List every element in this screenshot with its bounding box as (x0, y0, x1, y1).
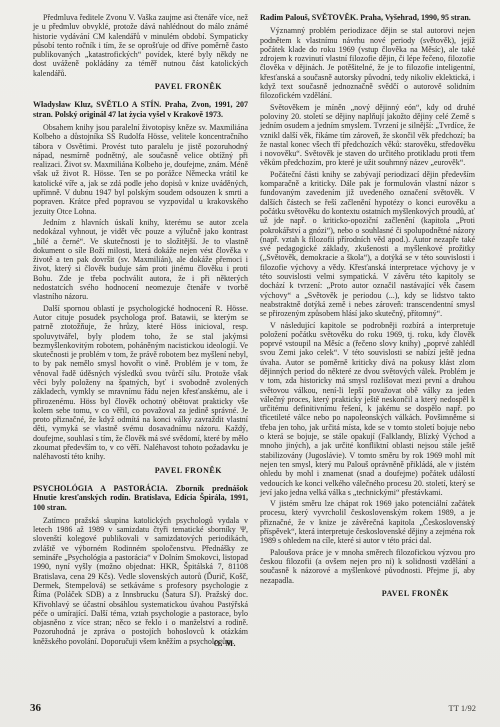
review-paragraph: Významný problém periodizace dějin se st… (260, 26, 475, 100)
review-intro-continuation: Předmluva ředitele Zvonu V. Vaška zaujme… (33, 13, 248, 91)
review-heading: Władysław Kluz, SVĚTLO A STÍN. Praha, Zv… (33, 100, 248, 119)
right-column: Radim Palouš, SVĚTOVĚK. Praha, Vyšehrad,… (260, 13, 475, 648)
review-paragraph: Předmluva ředitele Zvonu V. Vaška zaujme… (33, 13, 248, 78)
review-paragraph: Počáteční části knihy se zabývají period… (260, 170, 475, 319)
review-svetovek: Radim Palouš, SVĚTOVĚK. Praha, Vyšehrad,… (260, 13, 475, 598)
review-paragraph: Jedním z hlavních úskalí knihy, kterému … (33, 218, 248, 302)
left-column: Předmluva ředitele Zvonu V. Vaška zaujme… (33, 13, 248, 648)
review-paragraph: Zatímco pražská skupina katolických psyc… (33, 516, 248, 646)
page-number: 36 (30, 704, 41, 713)
review-paragraph: Obsahem knihy jsou paralelní životopisy … (33, 123, 248, 216)
reviewer-signature: PAVEL FRONĚK (33, 82, 248, 91)
scanned-magazine-page: Předmluva ředitele Zvonu V. Vaška zaujme… (0, 0, 500, 727)
review-paragraph: V následující kapitole se podrobněji roz… (260, 321, 475, 498)
two-column-layout: Předmluva ředitele Zvonu V. Vaška zaujme… (33, 13, 478, 648)
review-paragraph: Světověkem je míněn „nový dějinný eón“, … (260, 103, 475, 168)
review-svetlo-a-stin: Władysław Kluz, SVĚTLO A STÍN. Praha, Zv… (33, 100, 248, 475)
review-heading: PSYCHOLÓGIA A PASTORÁCIA. Zborník predná… (33, 484, 248, 512)
page-footer: 36 TT 1/92 (0, 704, 500, 713)
issue-label: TT 1/92 (449, 704, 476, 713)
reviewer-signature: PAVEL FRONĚK (260, 589, 475, 598)
review-psychologia-a-pastoracia: PSYCHOLÓGIA A PASTORÁCIA. Zborník predná… (33, 484, 248, 648)
review-paragraph: Další spornou oblastí je psychologické h… (33, 304, 248, 462)
reviewer-signature: PAVEL FRONĚK (33, 466, 248, 475)
review-paragraph: V jistém směru lze chápat rok 1969 jako … (260, 499, 475, 545)
review-paragraph: Paloušova práce je v mnoha směrech filoz… (260, 548, 475, 585)
review-heading: Radim Palouš, SVĚTOVĚK. Praha, Vyšehrad,… (260, 13, 475, 22)
